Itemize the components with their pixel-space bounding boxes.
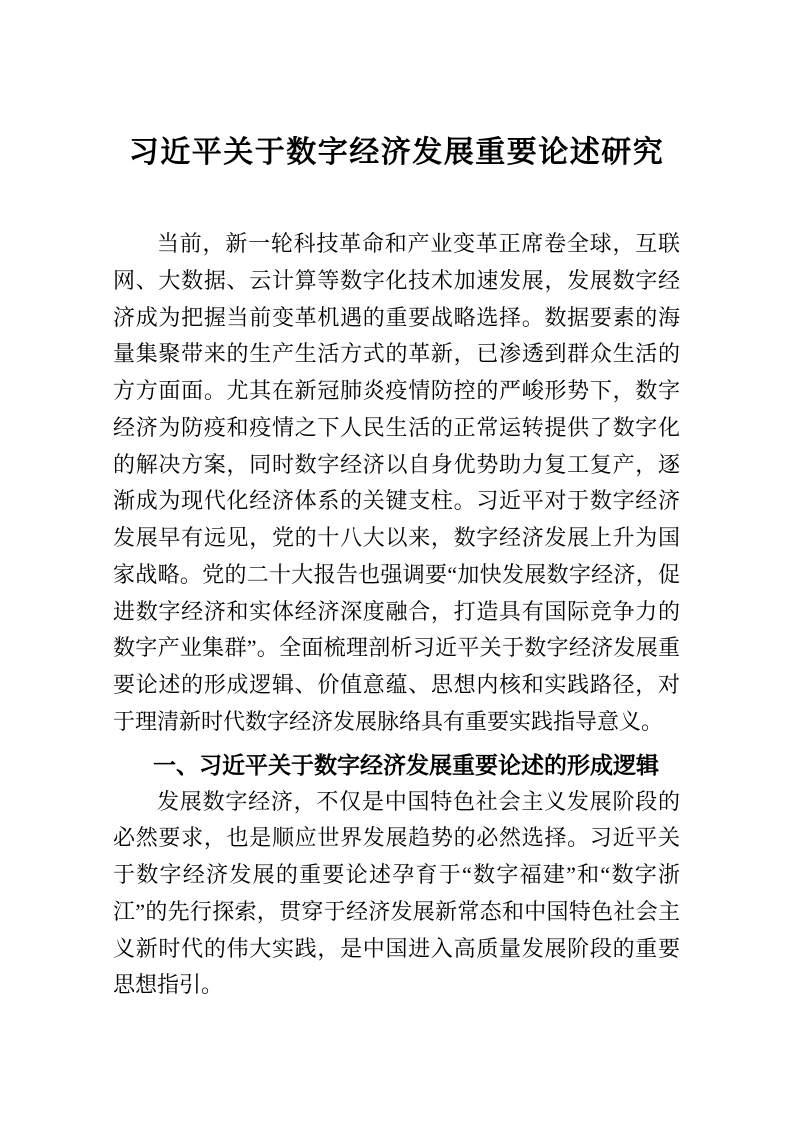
document-title: 习近平关于数字经济发展重要论述研究 [113,130,680,176]
document-content: 习近平关于数字经济发展重要论述研究 当前，新一轮科技革命和产业变革正席卷全球，互… [113,0,680,1004]
section-1-heading: 一、习近平关于数字经济发展重要论述的形成逻辑 [113,747,680,784]
document-page: 习近平关于数字经济发展重要论述研究 当前，新一轮科技革命和产业变革正席卷全球，互… [0,0,793,1122]
intro-paragraph: 当前，新一轮科技革命和产业变革正席卷全球，互联网、大数据、云计算等数字化技术加速… [113,226,680,741]
section-1-paragraph: 发展数字经济，不仅是中国特色社会主义发展阶段的必然要求，也是顺应世界发展趋势的必… [113,784,680,1005]
